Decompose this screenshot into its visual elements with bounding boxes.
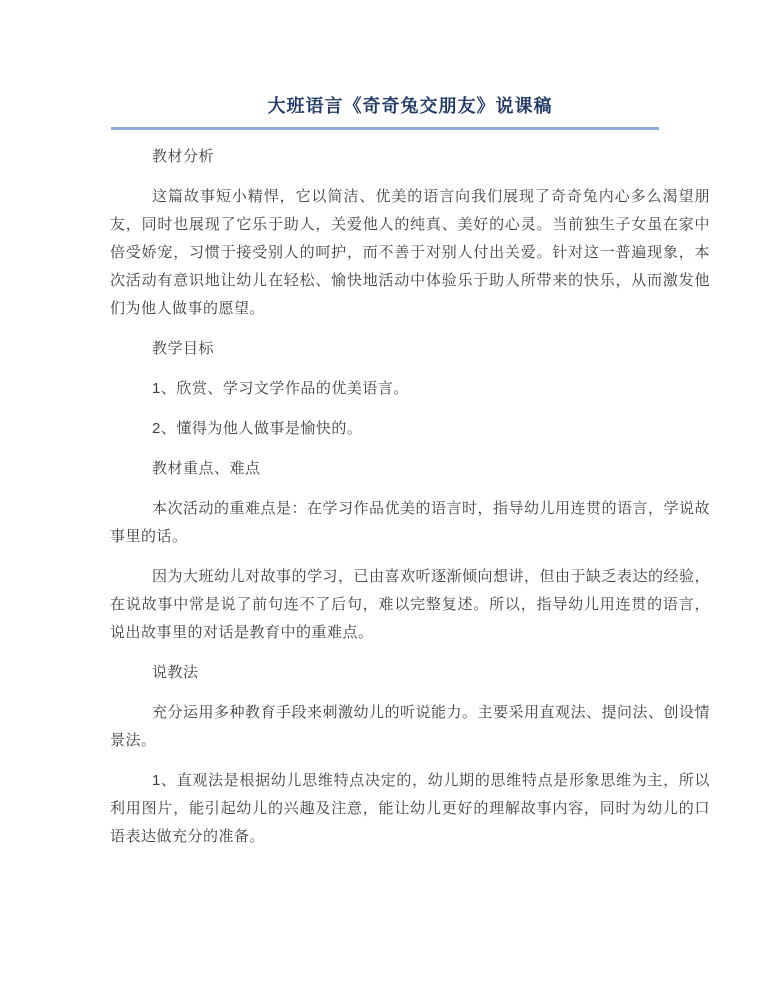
document-page: 大班语言《奇奇兔交朋友》说课稿 教材分析 这篇故事短小精悍，它以简洁、优美的语言…	[0, 0, 770, 1000]
title-divider	[111, 127, 659, 130]
section-heading: 教学目标	[110, 335, 710, 363]
document-title: 大班语言《奇奇兔交朋友》说课稿	[110, 93, 710, 119]
paragraph: 这篇故事短小精悍，它以简洁、优美的语言向我们展现了奇奇兔内心多么渴望朋友，同时也…	[110, 183, 710, 323]
list-item: 1、欣赏、学习文学作品的优美语言。	[110, 375, 710, 403]
paragraph: 因为大班幼儿对故事的学习，已由喜欢听逐渐倾向想讲，但由于缺乏表达的经验，在说故事…	[110, 563, 710, 647]
paragraph: 充分运用多种教育手段来刺激幼儿的听说能力。主要采用直观法、提问法、创设情景法。	[110, 699, 710, 755]
list-item: 2、懂得为他人做事是愉快的。	[110, 415, 710, 443]
list-item: 1、直观法是根据幼儿思维特点决定的，幼儿期的思维特点是形象思维为主，所以利用图片…	[110, 767, 710, 851]
paragraph: 本次活动的重难点是：在学习作品优美的语言时，指导幼儿用连贯的语言，学说故事里的话…	[110, 495, 710, 551]
section-heading: 说教法	[110, 659, 710, 687]
section-heading: 教材分析	[110, 143, 710, 171]
section-heading: 教材重点、难点	[110, 455, 710, 483]
document-body: 教材分析 这篇故事短小精悍，它以简洁、优美的语言向我们展现了奇奇兔内心多么渴望朋…	[110, 143, 710, 863]
